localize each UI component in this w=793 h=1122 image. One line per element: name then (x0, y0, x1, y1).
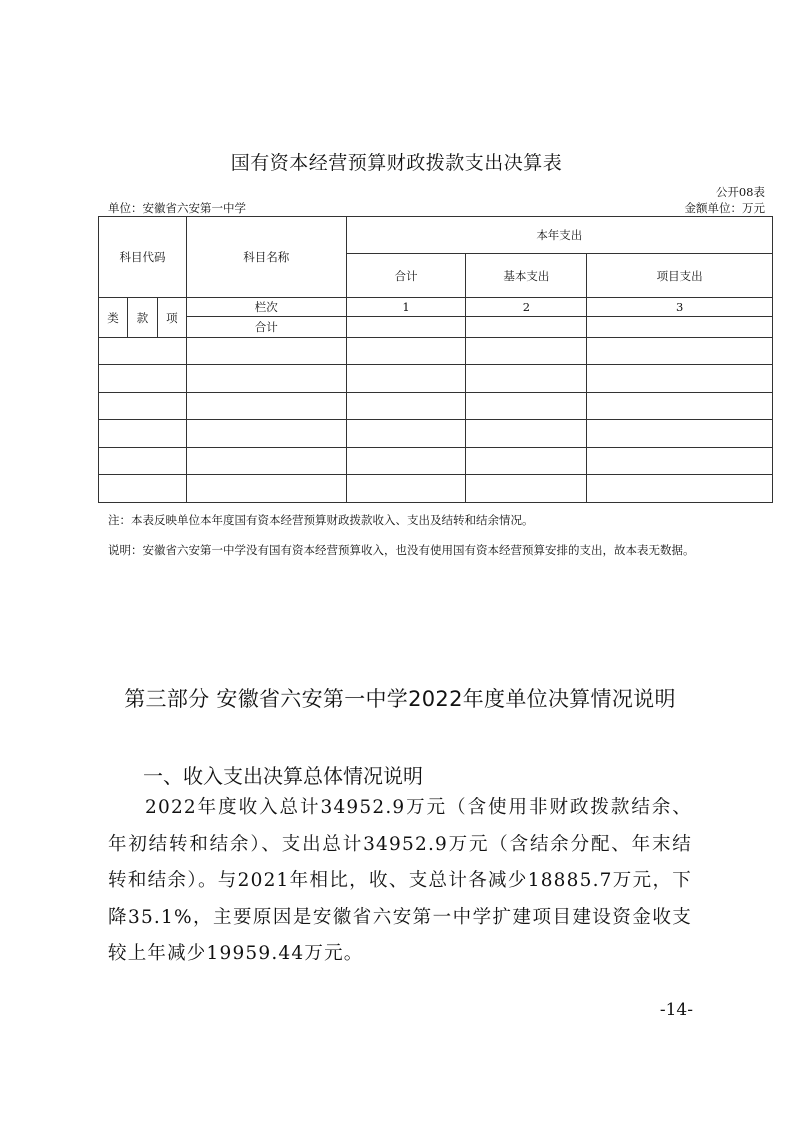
row-name (186, 393, 346, 420)
row-basic (466, 365, 587, 393)
row-project (587, 420, 773, 448)
table-row (99, 393, 773, 420)
row-name (186, 365, 346, 393)
row-project (587, 475, 773, 503)
table-note: 注：本表反映单位本年度国有资本经营预算财政拨款收入、支出及结转和结余情况。 (108, 512, 534, 528)
table-row (99, 365, 773, 393)
header-current-year-expense: 本年支出 (346, 217, 772, 254)
summary-paragraph: 2022年度收入总计34952.9万元（含使用非财政拨款结余、年初结转和结余）、… (108, 790, 692, 973)
row-project (587, 338, 773, 365)
header-code-category: 类 (99, 298, 128, 338)
row-basic (466, 393, 587, 420)
subsection-heading: 一、收入支出决算总体情况说明 (143, 760, 423, 789)
row-name (186, 475, 346, 503)
row-project (587, 448, 773, 475)
row-code (99, 448, 187, 475)
header-project-expense: 项目支出 (587, 254, 773, 298)
row-code (99, 475, 187, 503)
column-index-label: 栏次 (186, 298, 346, 317)
row-code (99, 393, 187, 420)
table-explanation: 说明：安徽省六安第一中学没有国有资本经营预算收入，也没有使用国有资本经营预算安排… (108, 542, 695, 558)
row-name (186, 338, 346, 365)
table-row (99, 420, 773, 448)
row-project (587, 393, 773, 420)
row-total (346, 420, 466, 448)
budget-table: 科目代码 科目名称 本年支出 合计 基本支出 项目支出 类 款 项 栏次 1 2… (98, 216, 773, 503)
row-total (346, 393, 466, 420)
row-total (346, 448, 466, 475)
table-row (99, 448, 773, 475)
table-row (99, 338, 773, 365)
header-subject-name: 科目名称 (186, 217, 346, 298)
table-row (99, 475, 773, 503)
header-code-section: 款 (127, 298, 157, 338)
row-basic (466, 448, 587, 475)
column-index-3: 3 (587, 298, 773, 317)
row-code (99, 338, 187, 365)
summary-paragraph-text: 2022年度收入总计34952.9万元（含使用非财政拨款结余、年初结转和结余）、… (108, 797, 692, 964)
row-name (186, 448, 346, 475)
row-name (186, 420, 346, 448)
row-total (346, 338, 466, 365)
row-basic (466, 420, 587, 448)
section-heading: 第三部分 安徽省六安第一中学2022年度单位决算情况说明 (105, 680, 695, 718)
row-total (346, 475, 466, 503)
column-index-1: 1 (346, 298, 466, 317)
row-basic (466, 475, 587, 503)
row-project (587, 365, 773, 393)
sum-total-cell (346, 317, 466, 338)
row-basic (466, 338, 587, 365)
unit-label: 单位：安徽省六安第一中学 (108, 200, 246, 216)
header-total: 合计 (346, 254, 466, 298)
page-number: -14- (660, 1000, 693, 1020)
table-title: 国有资本经营预算财政拨款支出决算表 (0, 148, 793, 175)
header-basic-expense: 基本支出 (466, 254, 587, 298)
row-code (99, 365, 187, 393)
header-code-item: 项 (157, 298, 186, 338)
sum-project-cell (587, 317, 773, 338)
row-total (346, 365, 466, 393)
sum-row-label: 合计 (186, 317, 346, 338)
sum-basic-cell (466, 317, 587, 338)
form-number: 公开08表 (716, 184, 765, 200)
column-index-2: 2 (466, 298, 587, 317)
header-subject-code: 科目代码 (99, 217, 187, 298)
amount-unit-label: 金额单位：万元 (685, 200, 766, 216)
row-code (99, 420, 187, 448)
